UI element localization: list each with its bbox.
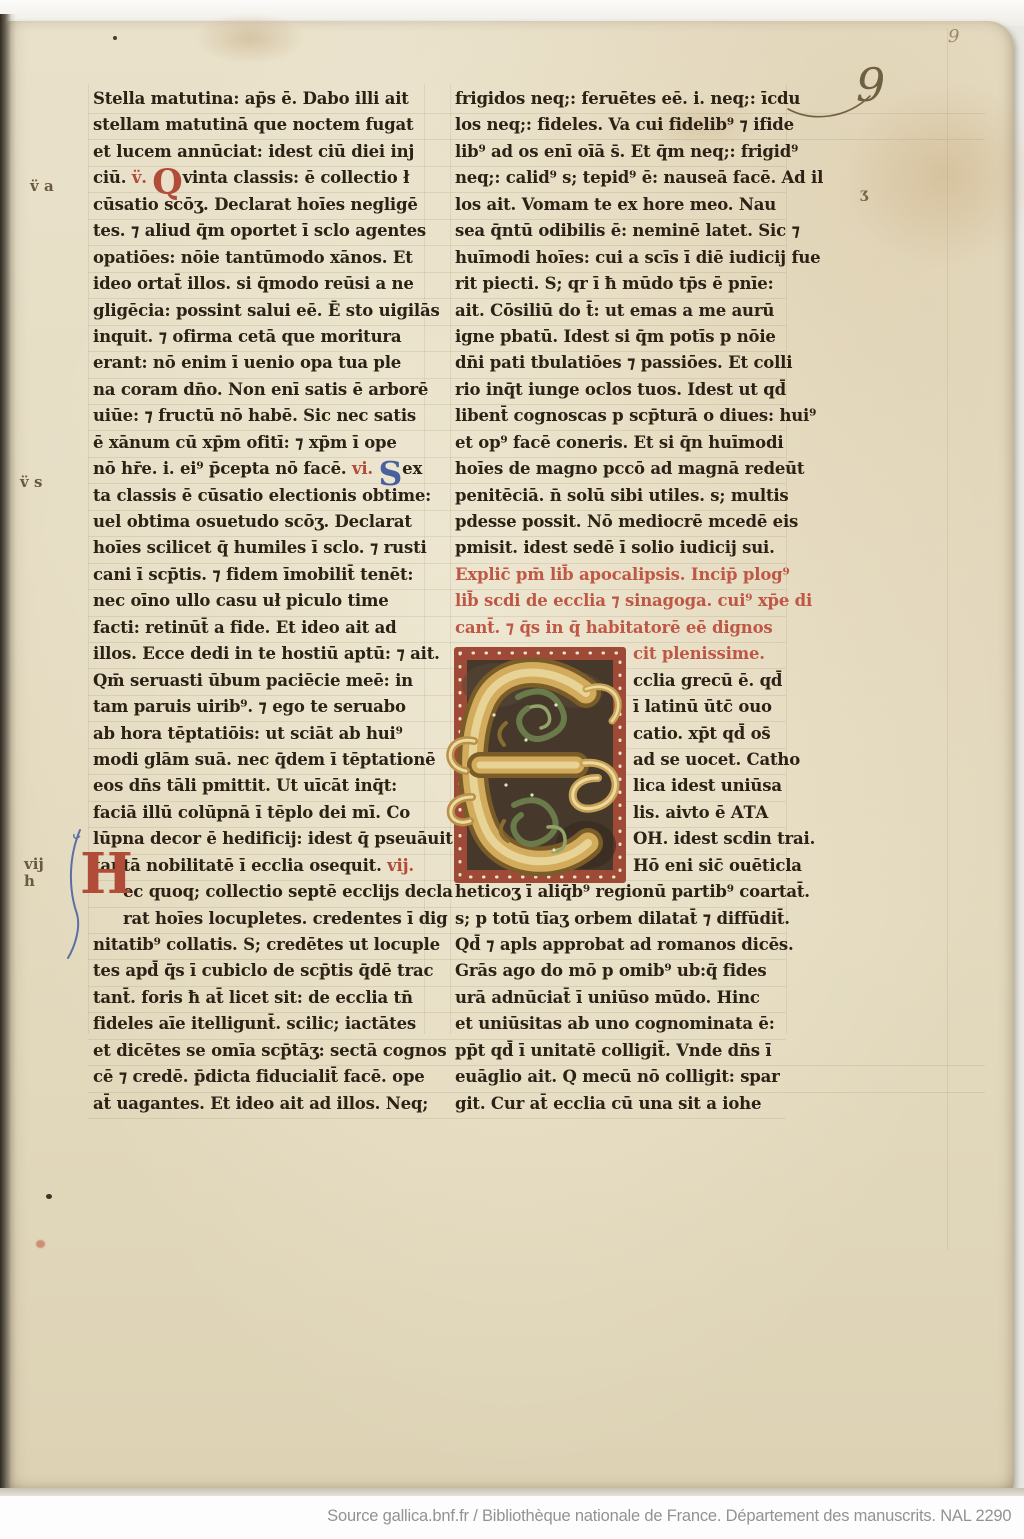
margin-note-v-a: v̈ a [30,178,54,195]
text-line: cūsatio scōʒ. Declarat hoīes negligē [93,192,425,218]
text-line: lis. aivto ē ΑΤΑ [633,800,787,826]
text-line: tes. ⁊ aliud q̄m oportet ī sclo agentes [93,218,425,244]
binding-gutter-edge [0,14,16,1496]
ink-speck [46,1194,52,1199]
text-line: cclia grecū ē. qd̄ [633,668,787,694]
text-line: ait. Cōsiliū do t̄: ut emas a me aurū [455,298,787,324]
text-line: pp̄t qd̄ ī unitatē colligit̄. Vnde dn̄s … [455,1038,787,1064]
text-line: git. Cur at̄ ecclia cū una sit a iohe [455,1091,787,1117]
text-line: libent̄ cognoscas p scp̄turā o diues: hu… [455,403,787,429]
text-line: hoīes de magno pccō ad magnā redeūt [455,456,787,482]
text-line: ī latinū ūtc̄ ouo [633,694,787,720]
text-line: tant̄. foris ħ at̄ licet sit: de ecclia … [93,985,425,1011]
text-line: et lucem annūciat: idest ciū diei inj [93,139,425,165]
text-line: lica idest uniūsa [633,773,787,799]
text-line: ec quoq; collectio septē ecclijs decla [123,879,425,905]
rubric-line: cit plenissime. [633,641,787,667]
rubric-line: lib̄ scdi de ecclia ⁊ sinagoga. cui⁹ xp̄… [455,588,787,614]
text-line: Grās ago do mō p omib⁹ ub:q̄ fides [455,958,787,984]
text-line: penitēciā. n̄ solū sibi utiles. s; multi… [455,483,787,509]
footer-attribution: Source gallica.bnf.fr / Bibliothèque nat… [327,1506,1011,1526]
right-margin-mark: ʒ [860,186,868,202]
text-line: illos. Ecce dedi in te hostiū aptū: ⁊ ai… [93,641,425,667]
text-line: tam paruis uirib⁹. ⁊ ego te seruabo [93,694,425,720]
text-column-right: frigidos neq;: feruētes eē. i. neq;: īcd… [455,86,787,1117]
folio-number-small: 9 [948,26,959,47]
text-line: lūpna decor ē hedificij: idest q̄ pseuāu… [93,826,425,852]
text-line: frigidos neq;: feruētes eē. i. neq;: īcd… [455,86,787,112]
text-line: ideo ortat̄ illos. si q̄modo reūsi a ne [93,271,425,297]
text-line: dn̄i pati tbulatiōes ⁊ passiōes. Et coll… [455,350,787,376]
text-line: sea q̄ntū odibilis ē: neminē latet. Sic … [455,218,787,244]
text-line: s; p totū tīaʒ orbem dilatat̄ ⁊ diffūdit… [455,906,787,932]
text-line: Qm̄ seruasti ūbum paciēcie meē: in [93,668,425,694]
text-line: at̄ uagantes. Et ideo ait ad illos. Neq; [93,1091,425,1117]
text-line: cani ī scp̄tis. ⁊ fidem īmobilit̄ tenēt: [93,562,425,588]
text-line: rit piecti. S; qr ī ħ mūdo tp̄s ē pnīe: [455,271,787,297]
text-line: nec oīno ullo casu uł piculo time [93,588,425,614]
text-line: ab hora tēptatiōis: ut sciāt ab hui⁹ [93,721,425,747]
text-line: et dicētes se omīa scp̄tāʒ: sectā cognos [93,1038,425,1064]
text-line: los neq;: fideles. Va cui fidelib⁹ ⁊ ifi… [455,112,787,138]
text-line: ta classis ē cūsatio electionis obtime: [93,483,425,509]
text-line: pdesse possit. Nō mediocrē mcedē eis [455,509,787,535]
text-line: urā adnūciat̄ ī uniūso mūdo. Hinc [455,985,787,1011]
text-line: Stella matutina: ap̄s ē. Dabo illi ait [93,86,425,112]
text-line: opatiōes: nōie tantūmodo xānos. Et [93,245,425,271]
text-line: gligēcia: possint salui eē. Ē sto uigilā… [93,298,425,324]
text-line: faciā illū colūpnā ī tēplo dei mī. Co [93,800,425,826]
page-bottom-shadow [0,1488,1024,1496]
text-line: neq;: calid⁹ s; tepid⁹ ē: nauseā facē. A… [455,165,787,191]
text-line: ciū. v̈. Qvinta classis: ē collectio ł [93,165,425,191]
text-column-left: Stella matutina: ap̄s ē. Dabo illi aitst… [93,86,425,1117]
text-line: fideles aīe itelligunt̄. scilic; iactāte… [93,1011,425,1037]
text-line: cē ⁊ credē. p̄dicta fiducialit̄ facē. op… [93,1064,425,1090]
rubric-line: cant̄. ⁊ q̄s in q̄ habitatorē eē dignos [455,615,787,641]
illuminated-initial-e [436,645,632,885]
pen-flourish-blue [64,826,86,962]
text-line: stellam matutinā que noctem fugat [93,112,425,138]
dropcap-h-initial: H [80,846,133,902]
text-line: uiūe: ⁊ fructū nō habē. Sic nec satis [93,403,425,429]
text-line: catio. xp̄t qd̄ os̄ [633,721,787,747]
manuscript-scan: 9 9 ʒ v̈ a v̈ s vij h Stella matutina: a… [0,0,1024,1539]
text-line: Hō eni sic̄ ouēticla [633,853,787,879]
text-line: et uniūsitas ab uno cognominata ē: [455,1011,787,1037]
text-line: pmisit. idest sedē ī solio iudicij sui. [455,535,787,561]
text-line: ē xānum cū xp̄m ofitī: ⁊ xp̄m ī ope [93,430,425,456]
text-line: rat hoīes locupletes. credentes ī dig [123,906,425,932]
text-line: rio inq̄t iunge oclos tuos. Idest ut qd̄ [455,377,787,403]
text-line: inquit. ⁊ ofirma cetā que moritura [93,324,425,350]
text-line: uel obtima osuetudo scōʒ. Declarat [93,509,425,535]
text-line: nō hr̄e. i. ei⁹ p̄cepta nō facē. vi. Sex [93,456,425,482]
text-line: ad se uocet. Catho [633,747,787,773]
text-line: huīmodi hoīes: cui a scīs ī diē iudicij … [455,245,787,271]
text-line: tes apd̄ q̄s ī cubiclo de scp̄tis q̄dē t… [93,958,425,984]
text-line: erant: nō enim ī uenio opa tua ple [93,350,425,376]
text-line: los ait. Vomam te ex hore meo. Nau [455,192,787,218]
footer-bar: Source gallica.bnf.fr / Bibliothèque nat… [0,1496,1024,1539]
text-line: tantā nobilitatē ī ecclia osequit. vij. [93,853,425,879]
text-line: euāglio ait. Q mecū nō colligit: spar [455,1064,787,1090]
text-line: lib⁹ ad os enī oīā s̄. Et q̄m neq;: frig… [455,139,787,165]
text-line: eos dn̄s tāli pmittit. Ut uīcāt inq̄t: [93,773,425,799]
margin-note-vi-s: v̈ s [20,474,42,491]
text-line: facti: retinūt̄ a fide. Et ideo ait ad [93,615,425,641]
rubric-line: Explic̄ pm̄ lib̄ apocalipsis. Incip̄ plo… [455,562,787,588]
text-line: igne pbatū. Idest si q̄m potīs p nōie [455,324,787,350]
margin-note-vij-h: vij h [24,856,44,890]
text-line: na coram dn̄o. Non enī satis ē arborē [93,377,425,403]
text-line: et op⁹ facē coneris. Et si q̄n huīmodi [455,430,787,456]
text-line: hoīes scilicet q̄ humiles ī sclo. ⁊ rust… [93,535,425,561]
red-smudge [36,1240,45,1248]
text-line: Qd̄ ⁊ apls approbat ad romanos dicēs. [455,932,787,958]
text-line: nitatib⁹ collatis. S; credētes ut locupl… [93,932,425,958]
text-line: ΟΗ. idest scdin trai. [633,826,787,852]
ink-speck [113,36,117,40]
text-line: modi glām suā. nec q̄dem ī tēptationē [93,747,425,773]
